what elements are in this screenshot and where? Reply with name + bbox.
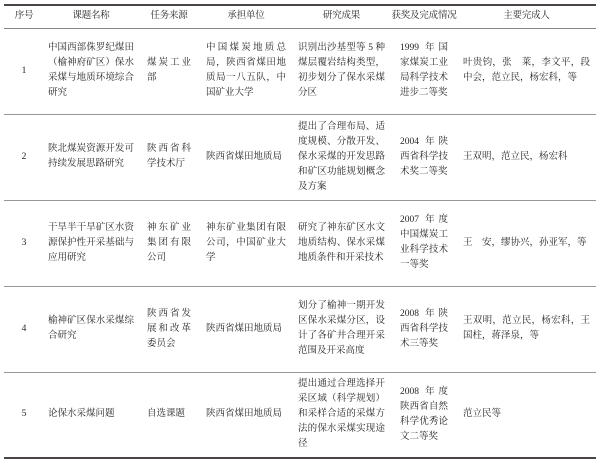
- cell-result: 研究了神东矿区水文地质结构、保水采煤地质条件和开采技术: [292, 200, 391, 286]
- cell-source: 陕西省科学技术厅: [138, 114, 200, 200]
- cell-unit: 中国煤炭地质总局，陕西省煤田地质局一八五队，中国矿业大学: [200, 28, 292, 114]
- column-header-title: 课题名称: [44, 5, 138, 28]
- table-body: 1中国西部侏罗纪煤田（榆神府矿区）保水采煤与地质环境综合研究煤炭工业部中国煤炭地…: [4, 28, 596, 458]
- table-row: 4榆神矿区保水采煤综合研究陕西省发展和改革委员会陕西省煤田地质局划分了榆神一期开…: [4, 286, 596, 372]
- cell-no: 1: [4, 28, 44, 114]
- cell-result: 提出通过合理选择开采区域（科学规划）和采样合适的采煤方法的保水采煤实现途径: [292, 372, 391, 458]
- cell-source: 陕西省发展和改革委员会: [138, 286, 200, 372]
- column-header-result: 研究成果: [292, 5, 391, 28]
- cell-no: 4: [4, 286, 44, 372]
- cell-title: 榆神矿区保水采煤综合研究: [44, 286, 138, 372]
- column-header-award: 获奖及完成情况: [391, 5, 457, 28]
- cell-no: 2: [4, 114, 44, 200]
- research-projects-table: 序号课题名称任务来源承担单位研究成果获奖及完成情况主要完成人 1中国西部侏罗纪煤…: [4, 4, 596, 459]
- table-row: 5论保水采煤问题自选课题陕西省煤田地质局提出通过合理选择开采区域（科学规划）和采…: [4, 372, 596, 458]
- page: 序号课题名称任务来源承担单位研究成果获奖及完成情况主要完成人 1中国西部侏罗纪煤…: [0, 4, 600, 467]
- cell-title: 陕北煤炭资源开发可持续发展思路研究: [44, 114, 138, 200]
- cell-no: 5: [4, 372, 44, 458]
- table-row: 3干旱半干旱矿区水资源保护性开采基础与应用研究神东矿业集团有限公司神东矿业集团有…: [4, 200, 596, 286]
- cell-award: 2007 年度中国煤炭工业科学技术一等奖: [391, 200, 457, 286]
- cell-award: 2004 年陕西省科学技术奖二等奖: [391, 114, 457, 200]
- cell-result: 识别出沙基型等 5 种煤层覆岩结构类型，初步划分了保水采煤分区: [292, 28, 391, 114]
- cell-no: 3: [4, 200, 44, 286]
- cell-people: 范立民等: [457, 372, 596, 458]
- cell-people: 王 安，缪协兴，孙亚军，等: [457, 200, 596, 286]
- table-row: 1中国西部侏罗纪煤田（榆神府矿区）保水采煤与地质环境综合研究煤炭工业部中国煤炭地…: [4, 28, 596, 114]
- cell-people: 王双明，范立民，杨宏科，王国柱，蒋泽泉，等: [457, 286, 596, 372]
- cell-title: 论保水采煤问题: [44, 372, 138, 458]
- cell-award: 2008 年度陕西省自然科学优秀论文二等奖: [391, 372, 457, 458]
- cell-unit: 陕西省煤田地质局: [200, 372, 292, 458]
- cell-result: 划分了榆神一期开发区保水采煤分区，设计了各矿井合理开采范围及开采高度: [292, 286, 391, 372]
- cell-result: 提出了合理布局、适度规模、分散开发、保水采煤的开发思路和矿区功能规划概念及方案: [292, 114, 391, 200]
- cell-unit: 神东矿业集团有限公司，中国矿业大学: [200, 200, 292, 286]
- column-header-no: 序号: [4, 5, 44, 28]
- header-row: 序号课题名称任务来源承担单位研究成果获奖及完成情况主要完成人: [4, 5, 596, 28]
- cell-title: 干旱半干旱矿区水资源保护性开采基础与应用研究: [44, 200, 138, 286]
- cell-source: 自选课题: [138, 372, 200, 458]
- cell-unit: 陕西省煤田地质局: [200, 114, 292, 200]
- column-header-source: 任务来源: [138, 5, 200, 28]
- cell-source: 神东矿业集团有限公司: [138, 200, 200, 286]
- cell-title: 中国西部侏罗纪煤田（榆神府矿区）保水采煤与地质环境综合研究: [44, 28, 138, 114]
- column-header-people: 主要完成人: [457, 5, 596, 28]
- cell-award: 1999 年国家煤炭工业局科学技术进步二等奖: [391, 28, 457, 114]
- table-row: 2陕北煤炭资源开发可持续发展思路研究陕西省科学技术厅陕西省煤田地质局提出了合理布…: [4, 114, 596, 200]
- cell-award: 2008 年陕西省科学技术三等奖: [391, 286, 457, 372]
- cell-people: 王双明，范立民，杨宏科: [457, 114, 596, 200]
- cell-unit: 陕西省煤田地质局: [200, 286, 292, 372]
- cell-source: 煤炭工业部: [138, 28, 200, 114]
- column-header-unit: 承担单位: [200, 5, 292, 28]
- cell-people: 叶贵钧，张 莱，李文平，段中会，范立民，杨宏科，等: [457, 28, 596, 114]
